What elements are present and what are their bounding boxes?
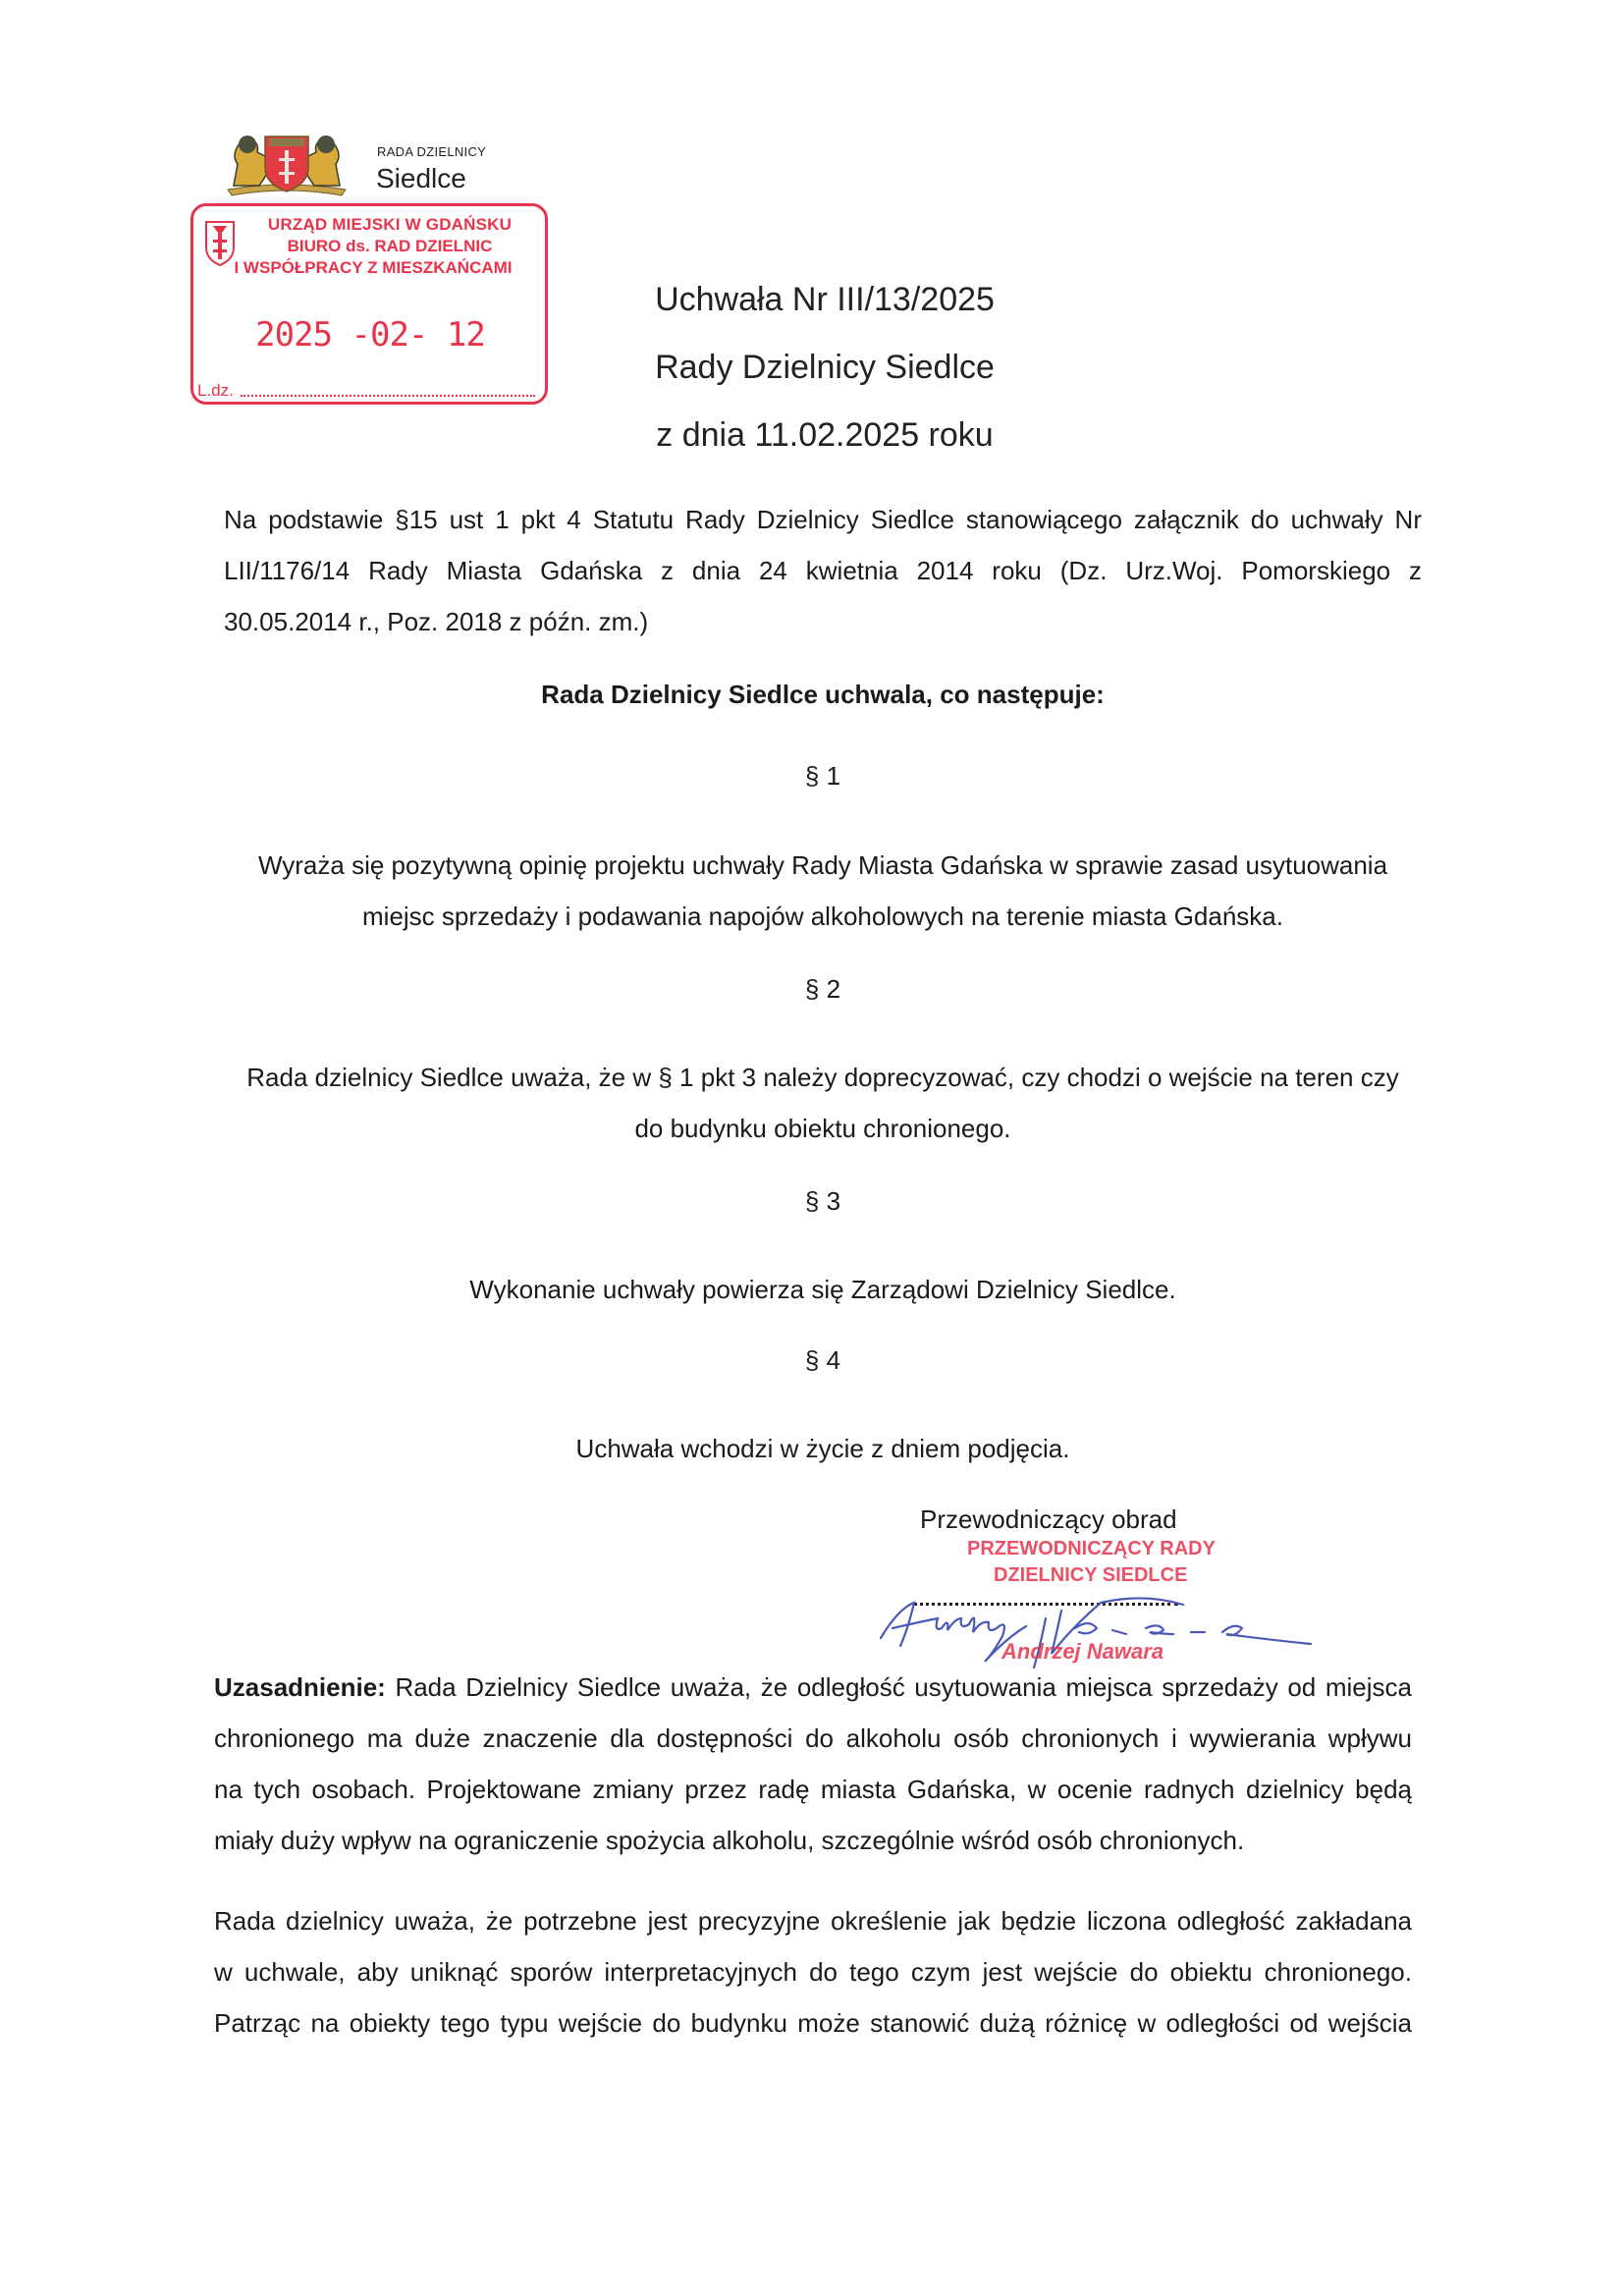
resolution-issuer: Rady Dzielnicy Siedlce	[589, 349, 1060, 387]
stamp-date: 2025 -02- 12	[193, 315, 547, 355]
legal-basis-line: Na podstawie §15 ust 1 pkt 4 Statutu Rad…	[224, 494, 1422, 545]
resolves-heading: Rada Dzielnicy Siedlce uchwala, co nastę…	[224, 680, 1422, 710]
legal-basis: Na podstawie §15 ust 1 pkt 4 Statutu Rad…	[224, 494, 1422, 647]
council-name: Siedlce	[376, 163, 466, 194]
justification-line: Uzasadnienie: Rada Dzielnicy Siedlce uwa…	[214, 1662, 1412, 1713]
justification-line: na tych osobach. Projektowane zmiany prz…	[214, 1764, 1412, 1815]
section-3-text: Wykonanie uchwały powierza się Zarządowi…	[224, 1264, 1422, 1315]
legal-basis-line: 30.05.2014 r., Poz. 2018 z późn. zm.)	[224, 596, 1422, 647]
section-line: do budynku obiektu chronionego.	[224, 1103, 1422, 1154]
section-line: miejsc sprzedaży i podawania napojów alk…	[224, 891, 1422, 942]
signatory-stamp-line1: PRZEWODNICZĄCY RADY	[967, 1538, 1216, 1560]
section-line: Wyraża się pozytywną opinię projektu uch…	[224, 840, 1422, 891]
justification-paragraph-1: Uzasadnienie: Rada Dzielnicy Siedlce uwa…	[214, 1662, 1412, 1866]
council-label: RADA DZIELNICY	[377, 144, 486, 159]
section-2-text: Rada dzielnicy Siedlce uważa, że w § 1 p…	[224, 1052, 1422, 1154]
stamp-bureau-name-cont: I WSPÓŁPRACY Z MIESZKAŃCAMI	[201, 258, 545, 278]
section-marker-2: § 2	[224, 974, 1422, 1005]
justification-line: w uchwale, aby uniknąć sporów interpreta…	[214, 1946, 1412, 1997]
signatory-role: Przewodniczący obrad	[920, 1504, 1177, 1535]
justification-label: Uzasadnienie:	[214, 1672, 386, 1702]
section-1-text: Wyraża się pozytywną opinię projektu uch…	[224, 840, 1422, 942]
section-marker-3: § 3	[224, 1186, 1422, 1217]
stamp-ldz-label: L.dz.	[197, 381, 234, 401]
section-line: Wykonanie uchwały powierza się Zarządowi…	[224, 1264, 1422, 1315]
justification-line: Rada dzielnicy uważa, że potrzebne jest …	[214, 1895, 1412, 1946]
legal-basis-line: LII/1176/14 Rady Miasta Gdańska z dnia 2…	[224, 545, 1422, 596]
section-4-text: Uchwała wchodzi w życie z dniem podjęcia…	[224, 1423, 1422, 1474]
section-marker-4: § 4	[224, 1345, 1422, 1376]
section-line: Rada dzielnicy Siedlce uważa, że w § 1 p…	[224, 1052, 1422, 1103]
office-receipt-stamp: URZĄD MIEJSKI W GDAŃSKU BIURO ds. RAD DZ…	[190, 203, 548, 405]
signatory-stamp-line2: DZIELNICY SIEDLCE	[994, 1564, 1187, 1587]
justification-line: Patrząc na obiekty tego typu wejście do …	[214, 1997, 1412, 2049]
justification-paragraph-2: Rada dzielnicy uważa, że potrzebne jest …	[214, 1895, 1412, 2049]
resolution-number: Uchwała Nr III/13/2025	[589, 281, 1060, 319]
justification-line: miały duży wpływ na ograniczenie spożyci…	[214, 1815, 1412, 1866]
section-line: Uchwała wchodzi w życie z dniem podjęcia…	[224, 1423, 1422, 1474]
stamp-bureau-name: BIURO ds. RAD DZIELNIC	[243, 237, 537, 256]
stamp-office-name: URZĄD MIEJSKI W GDAŃSKU	[243, 215, 537, 235]
justification-line: chronionego ma duże znaczenie dla dostęp…	[214, 1713, 1412, 1764]
section-marker-1: § 1	[224, 761, 1422, 792]
stamp-ldz-line	[241, 395, 535, 397]
gdansk-coat-of-arms-icon	[224, 129, 350, 197]
resolution-date: z dnia 11.02.2025 roku	[589, 416, 1060, 455]
